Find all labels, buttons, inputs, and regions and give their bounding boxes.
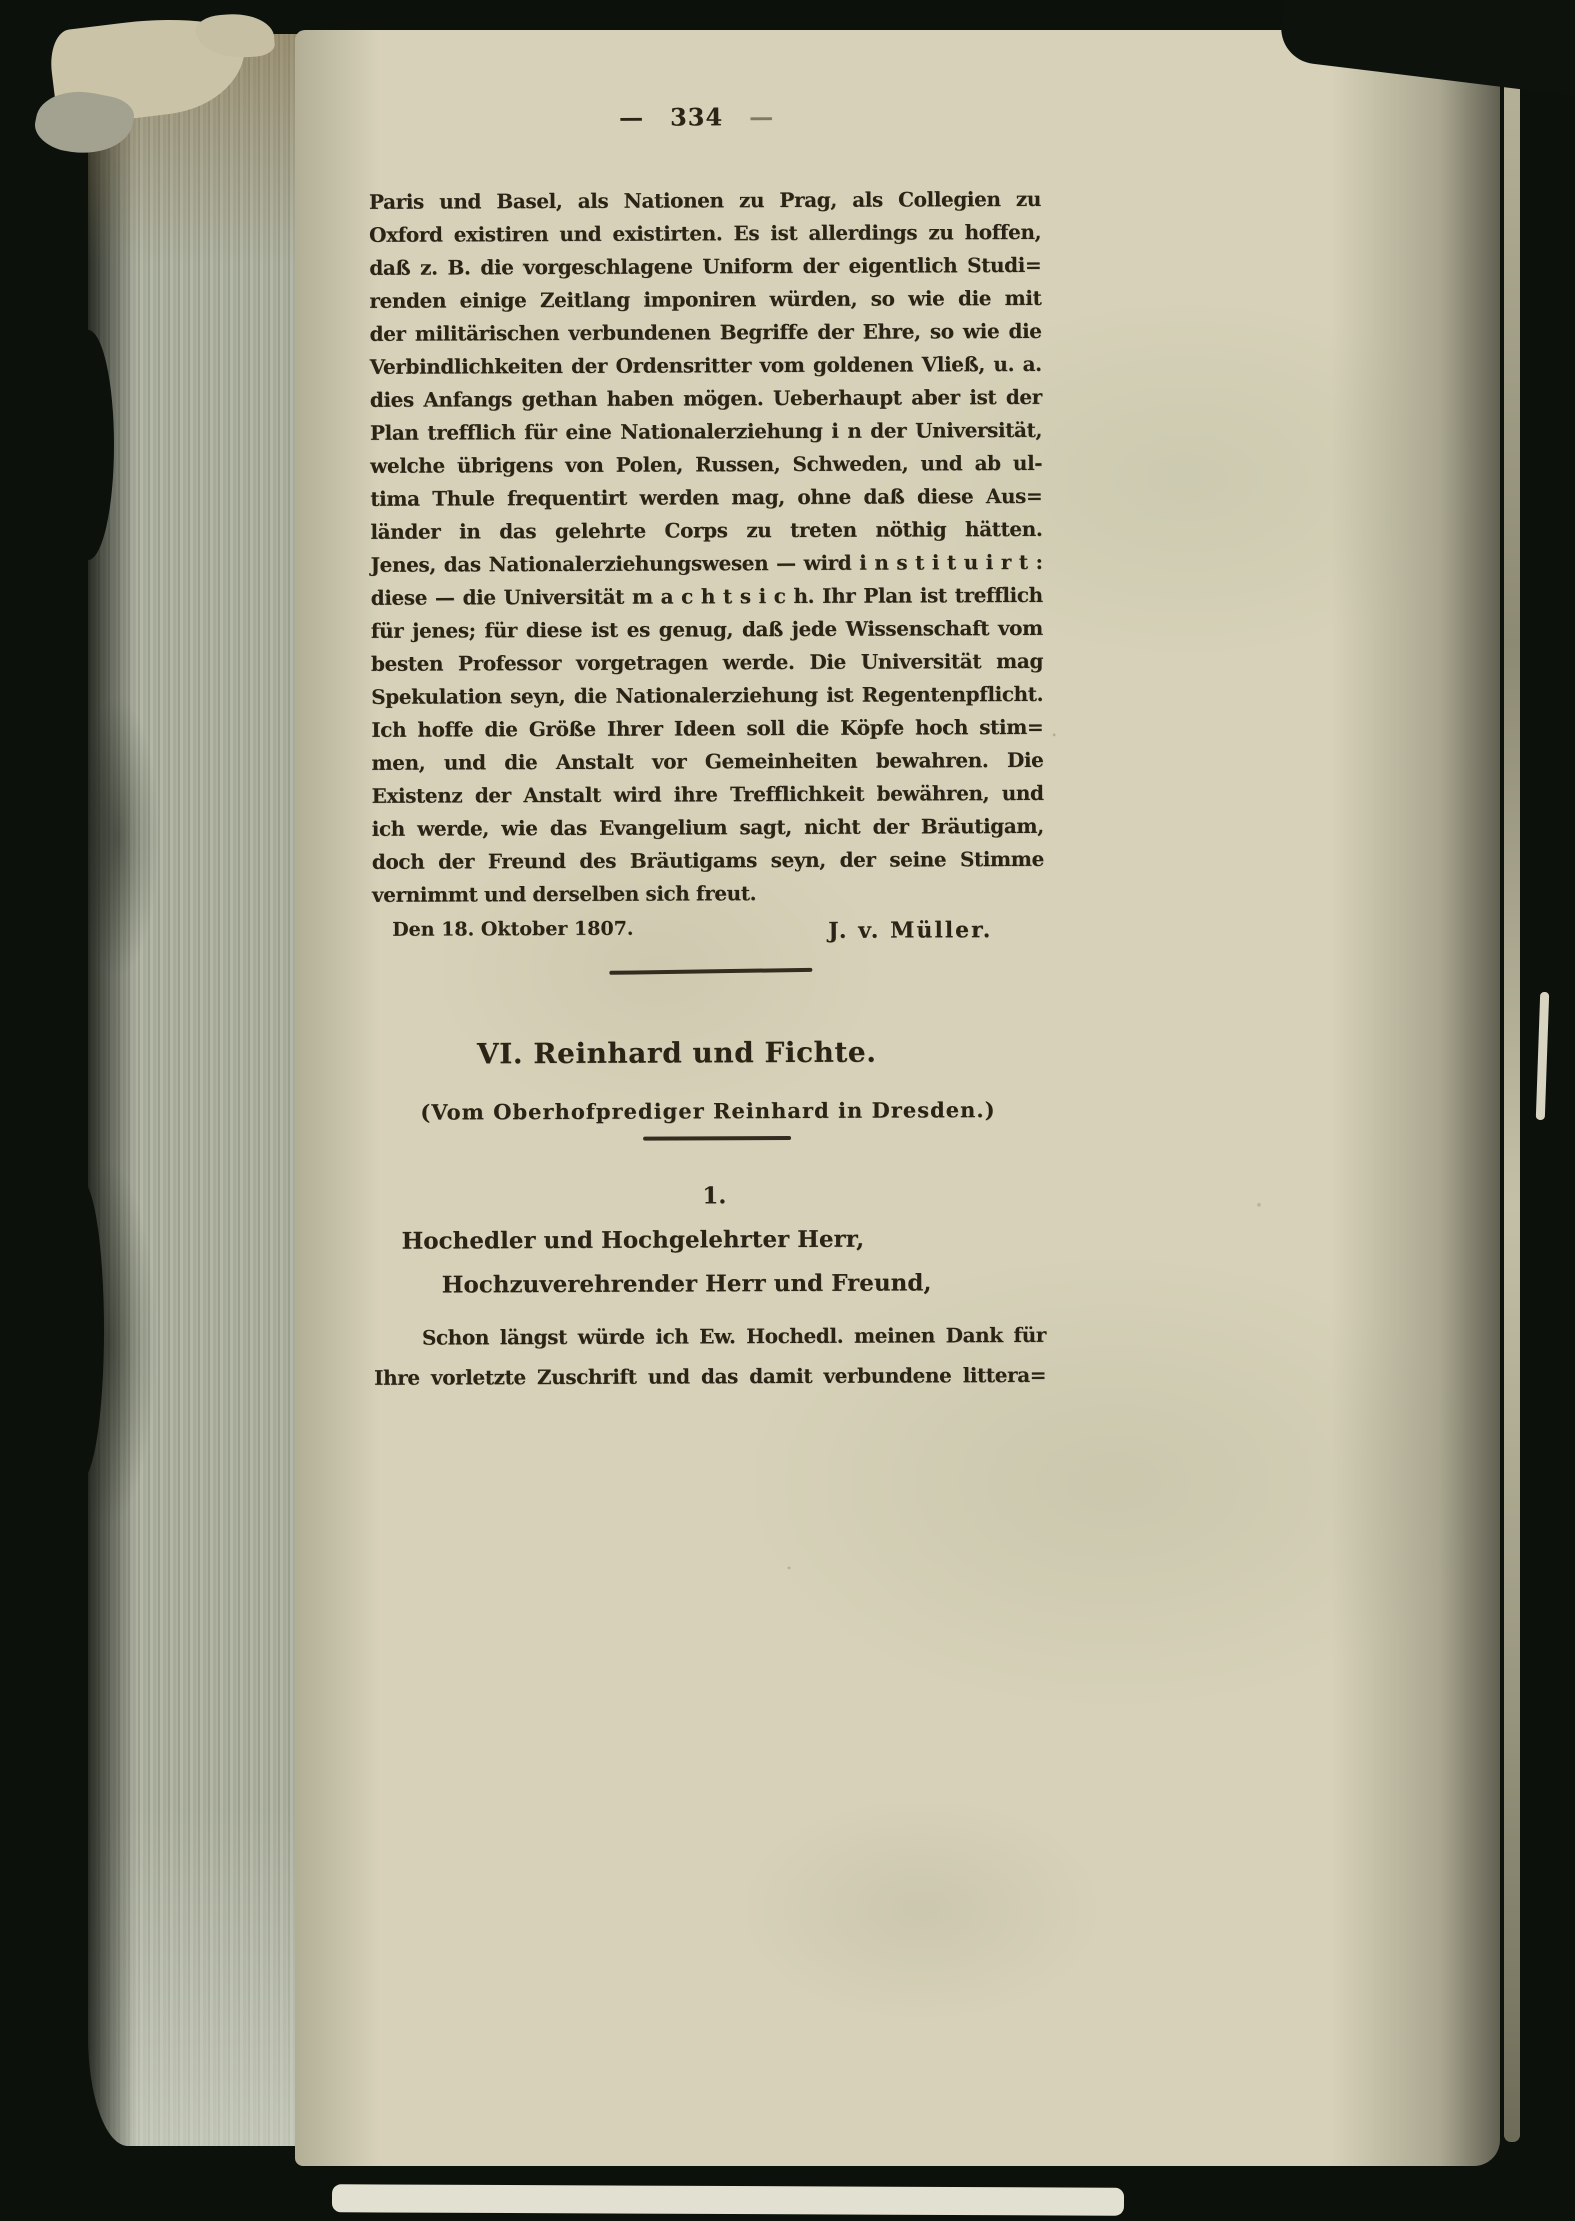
letter-date: Den 18. Oktober 1807. [392, 918, 633, 941]
text-line: Schon längst würde ich Ew. Hochedl. mein… [374, 1315, 1046, 1358]
page-number-dash-left: — [619, 103, 644, 132]
subsection-divider-rule [643, 1136, 791, 1141]
text-line: men, und die Anstalt vor Gemeinheiten be… [371, 744, 1043, 780]
section-divider-rule [609, 968, 812, 975]
text-line: besten Professor vorgetragen werde. Die … [371, 645, 1043, 681]
page-number: —334— [361, 101, 1033, 133]
section-heading: VI. Reinhard und Fichte. [341, 1035, 1013, 1071]
printed-text-layer: —334— Paris und Basel, als Nationen zu P… [0, 0, 1575, 2221]
text-line: Jenes, das Nationalerziehungswesen — wir… [371, 546, 1043, 582]
text-line: länder in das gelehrte Corps zu treten n… [370, 513, 1042, 549]
text-line: welche übrigens von Polen, Russen, Schwe… [370, 447, 1042, 483]
section-subheading: (Vom Oberhofprediger Reinhard in Dresden… [372, 1097, 1044, 1125]
salutation-line-2: Hochzuverehrender Herr und Freund, [442, 1270, 862, 1299]
text-line: ich werde, wie das Evangelium sagt, nich… [372, 810, 1044, 846]
text-line: renden einige Zeitlang imponiren würden,… [369, 282, 1041, 318]
text-line: tima Thule frequentirt werden mag, ohne … [370, 480, 1042, 516]
text-line: Ich hoffe die Größe Ihrer Ideen soll die… [371, 711, 1043, 747]
text-line: Verbindlichkeiten der Ordensritter vom g… [370, 348, 1042, 384]
text-line: Oxford existiren und existirten. Es ist … [369, 216, 1041, 252]
text-line: Existenz der Anstalt wird ihre Trefflich… [372, 777, 1044, 813]
book-scan: —334— Paris und Basel, als Nationen zu P… [0, 0, 1575, 2221]
text-line: Paris und Basel, als Nationen zu Prag, a… [369, 183, 1041, 219]
text-line: für jenes; für diese ist es genug, daß j… [371, 612, 1043, 648]
text-line: der militärischen verbundenen Begriffe d… [370, 315, 1042, 351]
text-line: daß z. B. die vorgeschlagene Uniform der… [369, 249, 1041, 285]
page-number-dash-right: — [749, 102, 774, 131]
letter-signature: J. v. Müller. [828, 917, 992, 944]
letter-body: Paris und Basel, als Nationen zu Prag, a… [369, 183, 1044, 912]
text-line: Plan trefflich für eine Nationalerziehun… [370, 414, 1042, 450]
letter-number: 1. [378, 1181, 1050, 1211]
text-line: dies Anfangs gethan haben mögen. Ueberha… [370, 381, 1042, 417]
text-line: diese — die Universität m a c h t s i c … [371, 579, 1043, 615]
page-number-value: 334 [670, 102, 723, 131]
second-letter-body: Schon längst würde ich Ew. Hochedl. mein… [374, 1315, 1046, 1398]
salutation-line-1: Hochedler und Hochgelehrter Herr, [401, 1226, 821, 1255]
text-line: Ihre vorletzte Zuschrift und das damit v… [374, 1355, 1046, 1398]
text-line: Spekulation seyn, die Nationalerziehung … [371, 678, 1043, 714]
text-line: doch der Freund des Bräutigams seyn, der… [372, 843, 1044, 879]
text-line: vernimmt und derselben sich freut. [372, 876, 1044, 912]
